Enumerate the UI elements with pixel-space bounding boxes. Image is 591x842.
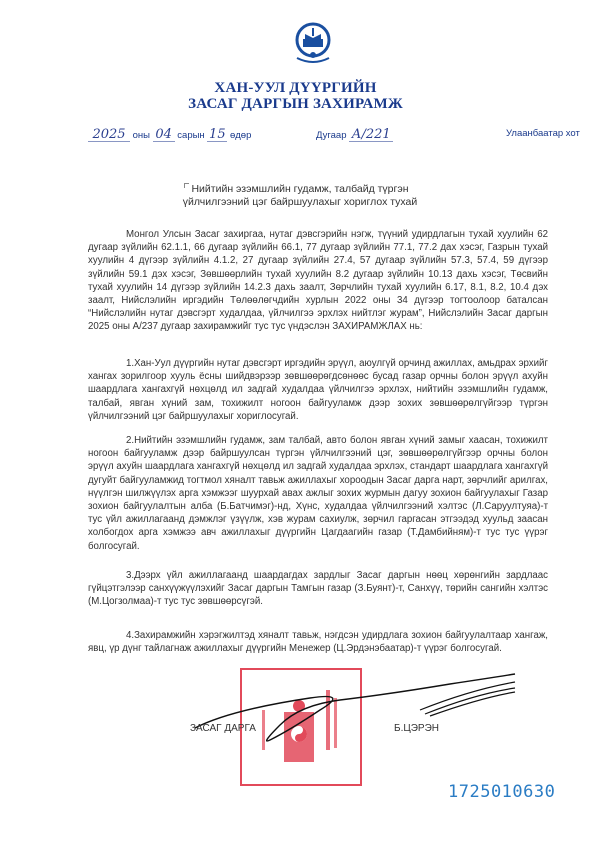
order-number-field: Дугаар А/221 [316, 128, 393, 142]
date-year: 2025 [88, 128, 130, 142]
mongolia-state-emblem-icon [289, 22, 337, 64]
order-item-text: 1.Хан-Уул дүүргийн нутаг дэвсгэрт иргэди… [88, 357, 548, 423]
year-label: оны [133, 130, 150, 141]
subject-line1: Нийтийн эзэмшлийн гудамж, талбайд түргэн [180, 183, 420, 196]
order-item-text: 3.Дээрх үйл ажиллагаанд шаардагдах зардл… [88, 569, 548, 609]
document-meta-row: 2025 оны 04 сарын 15 өдөр Дугаар А/221 У… [88, 128, 558, 148]
order-item-text: 4.Захирамжийн хэрэгжилтэд хяналт тавьж, … [88, 629, 548, 655]
signatory-name: Б.ЦЭРЭН [394, 723, 439, 734]
subject-line2: үйлчилгээний цэг байршуулахыг хориглох т… [180, 196, 420, 209]
order-item-2: 2.Нийтийн эзэмшлийн гудамж, зам талбай, … [88, 434, 548, 553]
order-item-text: 2.Нийтийн эзэмшлийн гудамж, зам талбай, … [88, 434, 548, 553]
order-number: А/221 [349, 128, 393, 142]
document-subject: Нийтийн эзэмшлийн гудамж, талбайд түргэн… [180, 183, 420, 209]
org-title-line1: ХАН-УУЛ ДҮҮРГИЙН [0, 80, 591, 97]
city-label: Улаанбаатар хот [506, 128, 580, 139]
serial-number: 1725010630 [448, 782, 555, 802]
org-title-line2: ЗАСАГ ДАРГЫН ЗАХИРАМЖ [0, 96, 591, 113]
signatory-title: ЗАСАГ ДАРГА [190, 723, 256, 734]
order-item-3: 3.Дээрх үйл ажиллагаанд шаардагдах зардл… [88, 569, 548, 609]
date-day: 15 [207, 128, 227, 142]
preamble-paragraph: Монгол Улсын Засаг захиргаа, нутаг дэвсг… [88, 228, 548, 334]
number-label: Дугаар [316, 130, 347, 141]
date-month: 04 [153, 128, 175, 142]
day-label: өдөр [230, 130, 251, 141]
order-item-1: 1.Хан-Уул дүүргийн нутаг дэвсгэрт иргэди… [88, 357, 548, 423]
handwritten-signature-icon [190, 670, 520, 750]
month-label: сарын [177, 130, 204, 141]
preamble-text: Монгол Улсын Засаг захиргаа, нутаг дэвсг… [88, 228, 548, 334]
order-item-4: 4.Захирамжийн хэрэгжилтэд хяналт тавьж, … [88, 629, 548, 655]
date-field: 2025 оны 04 сарын 15 өдөр [88, 128, 251, 142]
